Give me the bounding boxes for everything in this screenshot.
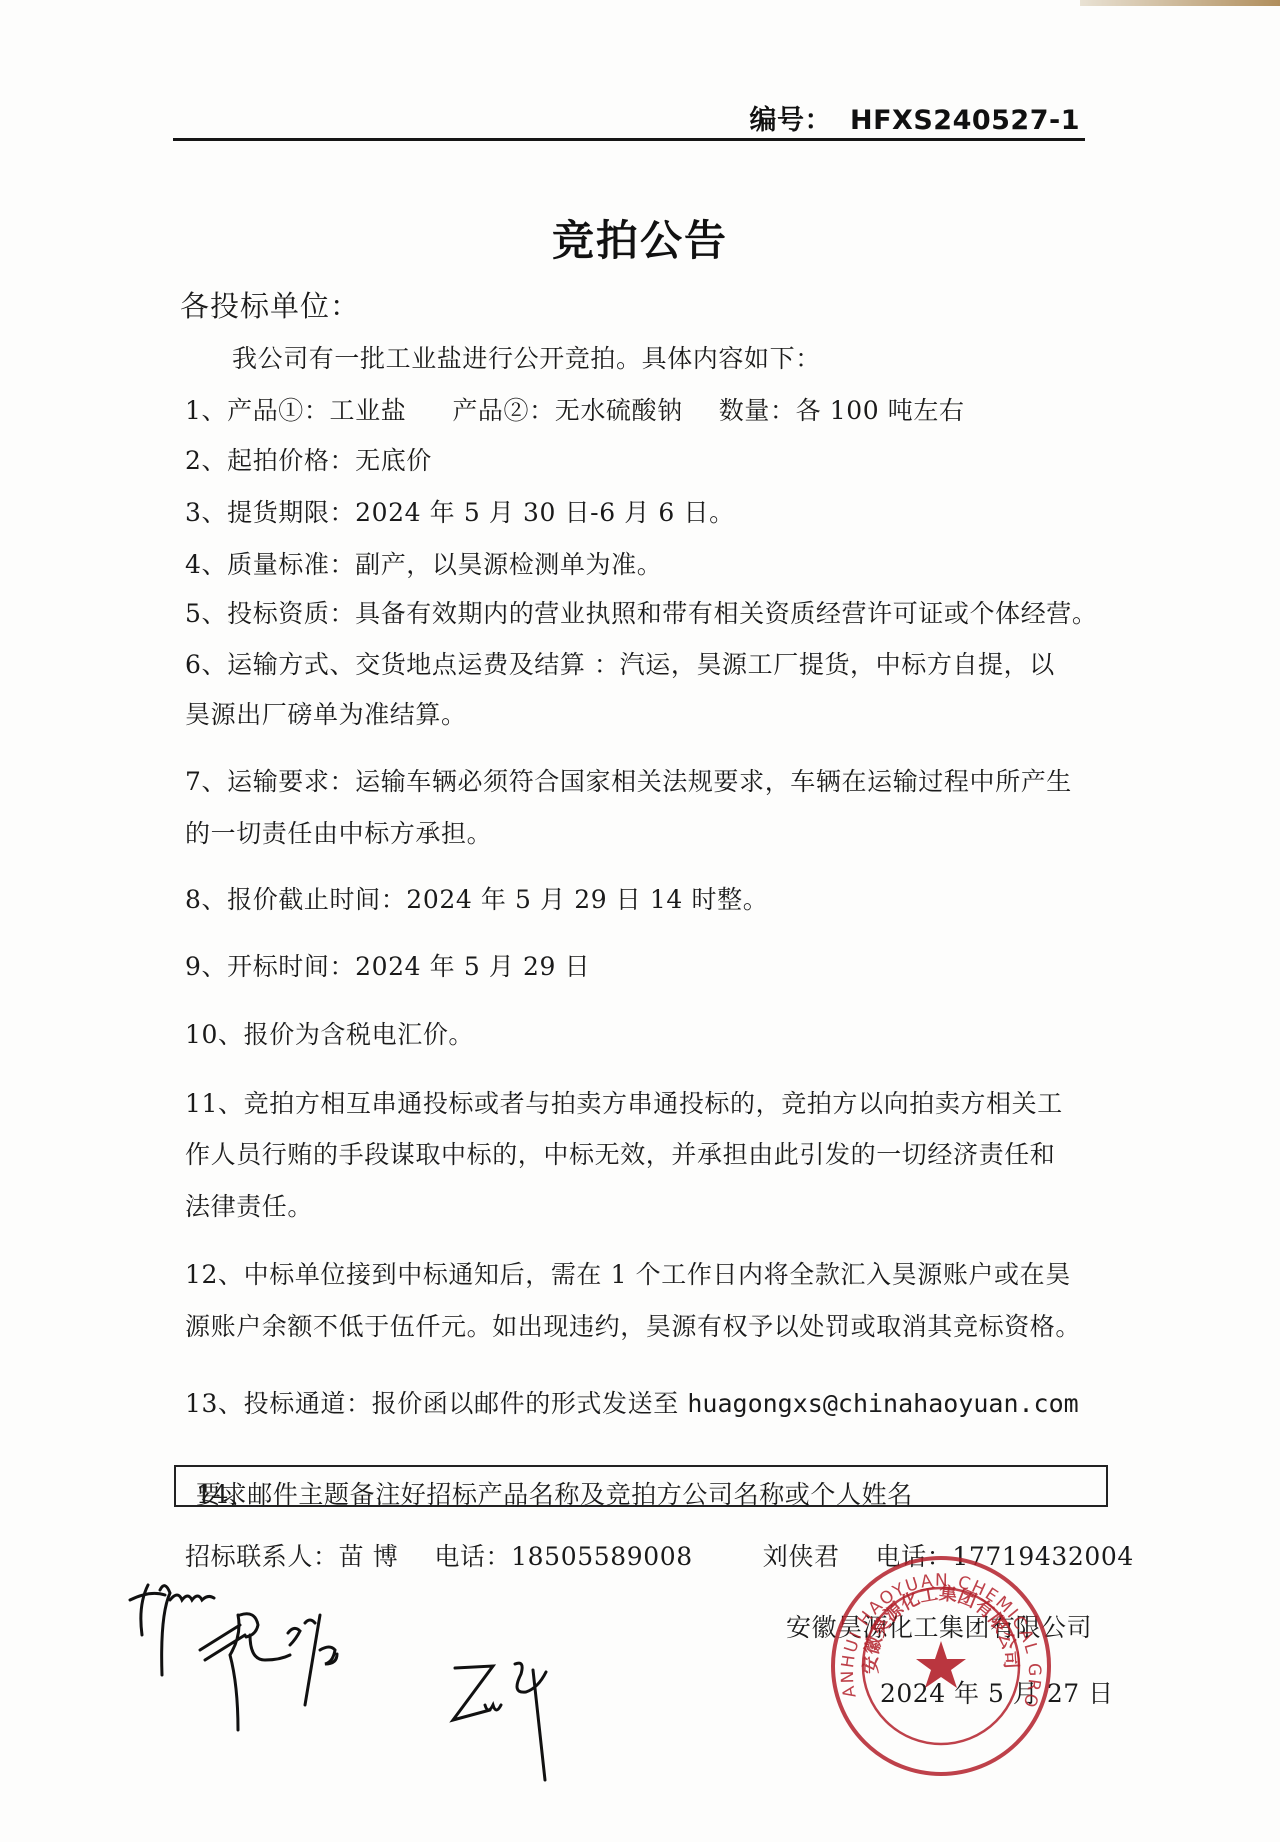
item-text: 中标单位接到中标通知后，需在 1 个工作日内将全款汇入昊源账户或在昊 bbox=[244, 1260, 1071, 1289]
phone-1: 18505589008 bbox=[511, 1542, 693, 1571]
item-7-cont: 的一切责任由中标方承担。 bbox=[185, 819, 492, 849]
item-text: 报价截止时间：2024 年 5 月 29 日 14 时整。 bbox=[227, 885, 768, 914]
item-number: 4、 bbox=[185, 550, 227, 579]
item-6-cont: 昊源出厂磅单为准结算。 bbox=[185, 700, 467, 730]
email-link[interactable]: huagongxs@chinahaoyuan.com bbox=[687, 1389, 1078, 1418]
item-text: 开标时间：2024 年 5 月 29 日 bbox=[227, 952, 590, 981]
item-number: 9、 bbox=[185, 952, 227, 981]
item-number: 7、 bbox=[185, 767, 227, 796]
intro-paragraph: 我公司有一批工业盐进行公开竞拍。具体内容如下： bbox=[232, 344, 821, 374]
item-7: 7、运输要求：运输车辆必须符合国家相关法规要求，车辆在运输过程中所产生 bbox=[185, 767, 1072, 797]
item-number: 3、 bbox=[185, 498, 227, 527]
product1-label: 产品①： bbox=[227, 396, 329, 425]
handwritten-signature-1 bbox=[120, 1575, 380, 1735]
item-12: 12、中标单位接到中标通知后，需在 1 个工作日内将全款汇入昊源账户或在昊 bbox=[185, 1260, 1071, 1290]
phone-label-1: 电话： bbox=[434, 1542, 511, 1571]
page-title: 竞拍公告 bbox=[0, 208, 1280, 268]
item-number: 13、 bbox=[185, 1389, 244, 1418]
item-3: 3、提货期限：2024 年 5 月 30 日-6 月 6 日。 bbox=[185, 498, 735, 528]
page-corner-edge bbox=[1080, 0, 1280, 6]
official-seal-icon: ANHUI HAOYUAN CHEMICAL GROUP CO., LTD. 安… bbox=[828, 1553, 1054, 1779]
header-divider bbox=[173, 138, 1085, 141]
item-11: 11、竞拍方相互串通投标或者与拍卖方串通投标的，竞拍方以向拍卖方相关工 bbox=[185, 1089, 1063, 1119]
item-11-cont2: 法律责任。 bbox=[185, 1192, 313, 1222]
item-number: 2、 bbox=[185, 446, 227, 475]
item-text: 质量标准：副产，以昊源检测单为准。 bbox=[227, 550, 662, 579]
item-text: 运输要求：运输车辆必须符合国家相关法规要求，车辆在运输过程中所产生 bbox=[227, 767, 1072, 796]
item-number: 12、 bbox=[185, 1260, 244, 1289]
item-number: 6、 bbox=[185, 650, 227, 679]
item-number: 10、 bbox=[185, 1020, 244, 1049]
item-text: 起拍价格：无底价 bbox=[227, 446, 432, 475]
item-text: 竞拍方相互串通投标或者与拍卖方串通投标的，竞拍方以向拍卖方相关工 bbox=[244, 1089, 1063, 1118]
item-number: 1、 bbox=[185, 396, 227, 425]
quantity-label: 数量： bbox=[719, 396, 796, 425]
item-text: 提货期限：2024 年 5 月 30 日-6 月 6 日。 bbox=[227, 498, 735, 527]
product2-value: 无水硫酸钠 bbox=[555, 396, 683, 425]
item-text: 投标资质：具备有效期内的营业执照和带有相关资质经营许可证或个体经营。 bbox=[227, 599, 1097, 628]
item-14-box: 14、要求邮件主题备注好招标产品名称及竞拍方公司名称或个人姓名 bbox=[174, 1465, 1108, 1507]
handwritten-signature-2 bbox=[445, 1660, 565, 1790]
salutation: 各投标单位： bbox=[180, 284, 360, 325]
item-12-cont: 源账户余额不低于伍仟元。如出现违约，昊源有权予以处罚或取消其竞标资格。 bbox=[185, 1312, 1081, 1342]
item-number: 5、 bbox=[185, 599, 227, 628]
item-8: 8、报价截止时间：2024 年 5 月 29 日 14 时整。 bbox=[185, 885, 768, 915]
item-number: 11、 bbox=[185, 1089, 244, 1118]
document-number-value: HFXS240527-1 bbox=[850, 105, 1080, 136]
quantity-value: 各 100 吨左右 bbox=[796, 396, 965, 425]
item-text: 要求邮件主题备注好招标产品名称及竞拍方公司名称或个人姓名 bbox=[196, 1475, 913, 1511]
item-text: 报价为含税电汇价。 bbox=[244, 1020, 474, 1049]
item-1: 1、产品①：工业盐产品②：无水硫酸钠数量：各 100 吨左右 bbox=[185, 396, 965, 426]
item-13: 13、投标通道：报价函以邮件的形式发送至 huagongxs@chinahaoy… bbox=[185, 1389, 1079, 1419]
product1-value: 工业盐 bbox=[330, 396, 407, 425]
item-9: 9、开标时间：2024 年 5 月 29 日 bbox=[185, 952, 590, 982]
item-6: 6、运输方式、交货地点运费及结算 ：汽运，昊源工厂提货，中标方自提，以 bbox=[185, 650, 1055, 680]
document-number: 编号：HFXS240527-1 bbox=[749, 98, 1080, 137]
item-text: 投标通道：报价函以邮件的形式发送至 bbox=[244, 1389, 688, 1418]
item-11-cont: 作人员行贿的手段谋取中标的，中标无效，并承担由此引发的一切经济责任和 bbox=[185, 1140, 1055, 1170]
item-5: 5、投标资质：具备有效期内的营业执照和带有相关资质经营许可证或个体经营。 bbox=[185, 599, 1098, 629]
item-2: 2、起拍价格：无底价 bbox=[185, 446, 432, 476]
item-number: 8、 bbox=[185, 885, 227, 914]
contact-name-1: 苗 博 bbox=[339, 1542, 399, 1571]
contact-label: 招标联系人： bbox=[185, 1542, 339, 1571]
item-4: 4、质量标准：副产，以昊源检测单为准。 bbox=[185, 550, 662, 580]
item-text: 运输方式、交货地点运费及结算 ：汽运，昊源工厂提货，中标方自提，以 bbox=[227, 650, 1055, 679]
document-number-label: 编号： bbox=[749, 105, 832, 136]
product2-label: 产品②： bbox=[452, 396, 554, 425]
item-10: 10、报价为含税电汇价。 bbox=[185, 1020, 474, 1050]
